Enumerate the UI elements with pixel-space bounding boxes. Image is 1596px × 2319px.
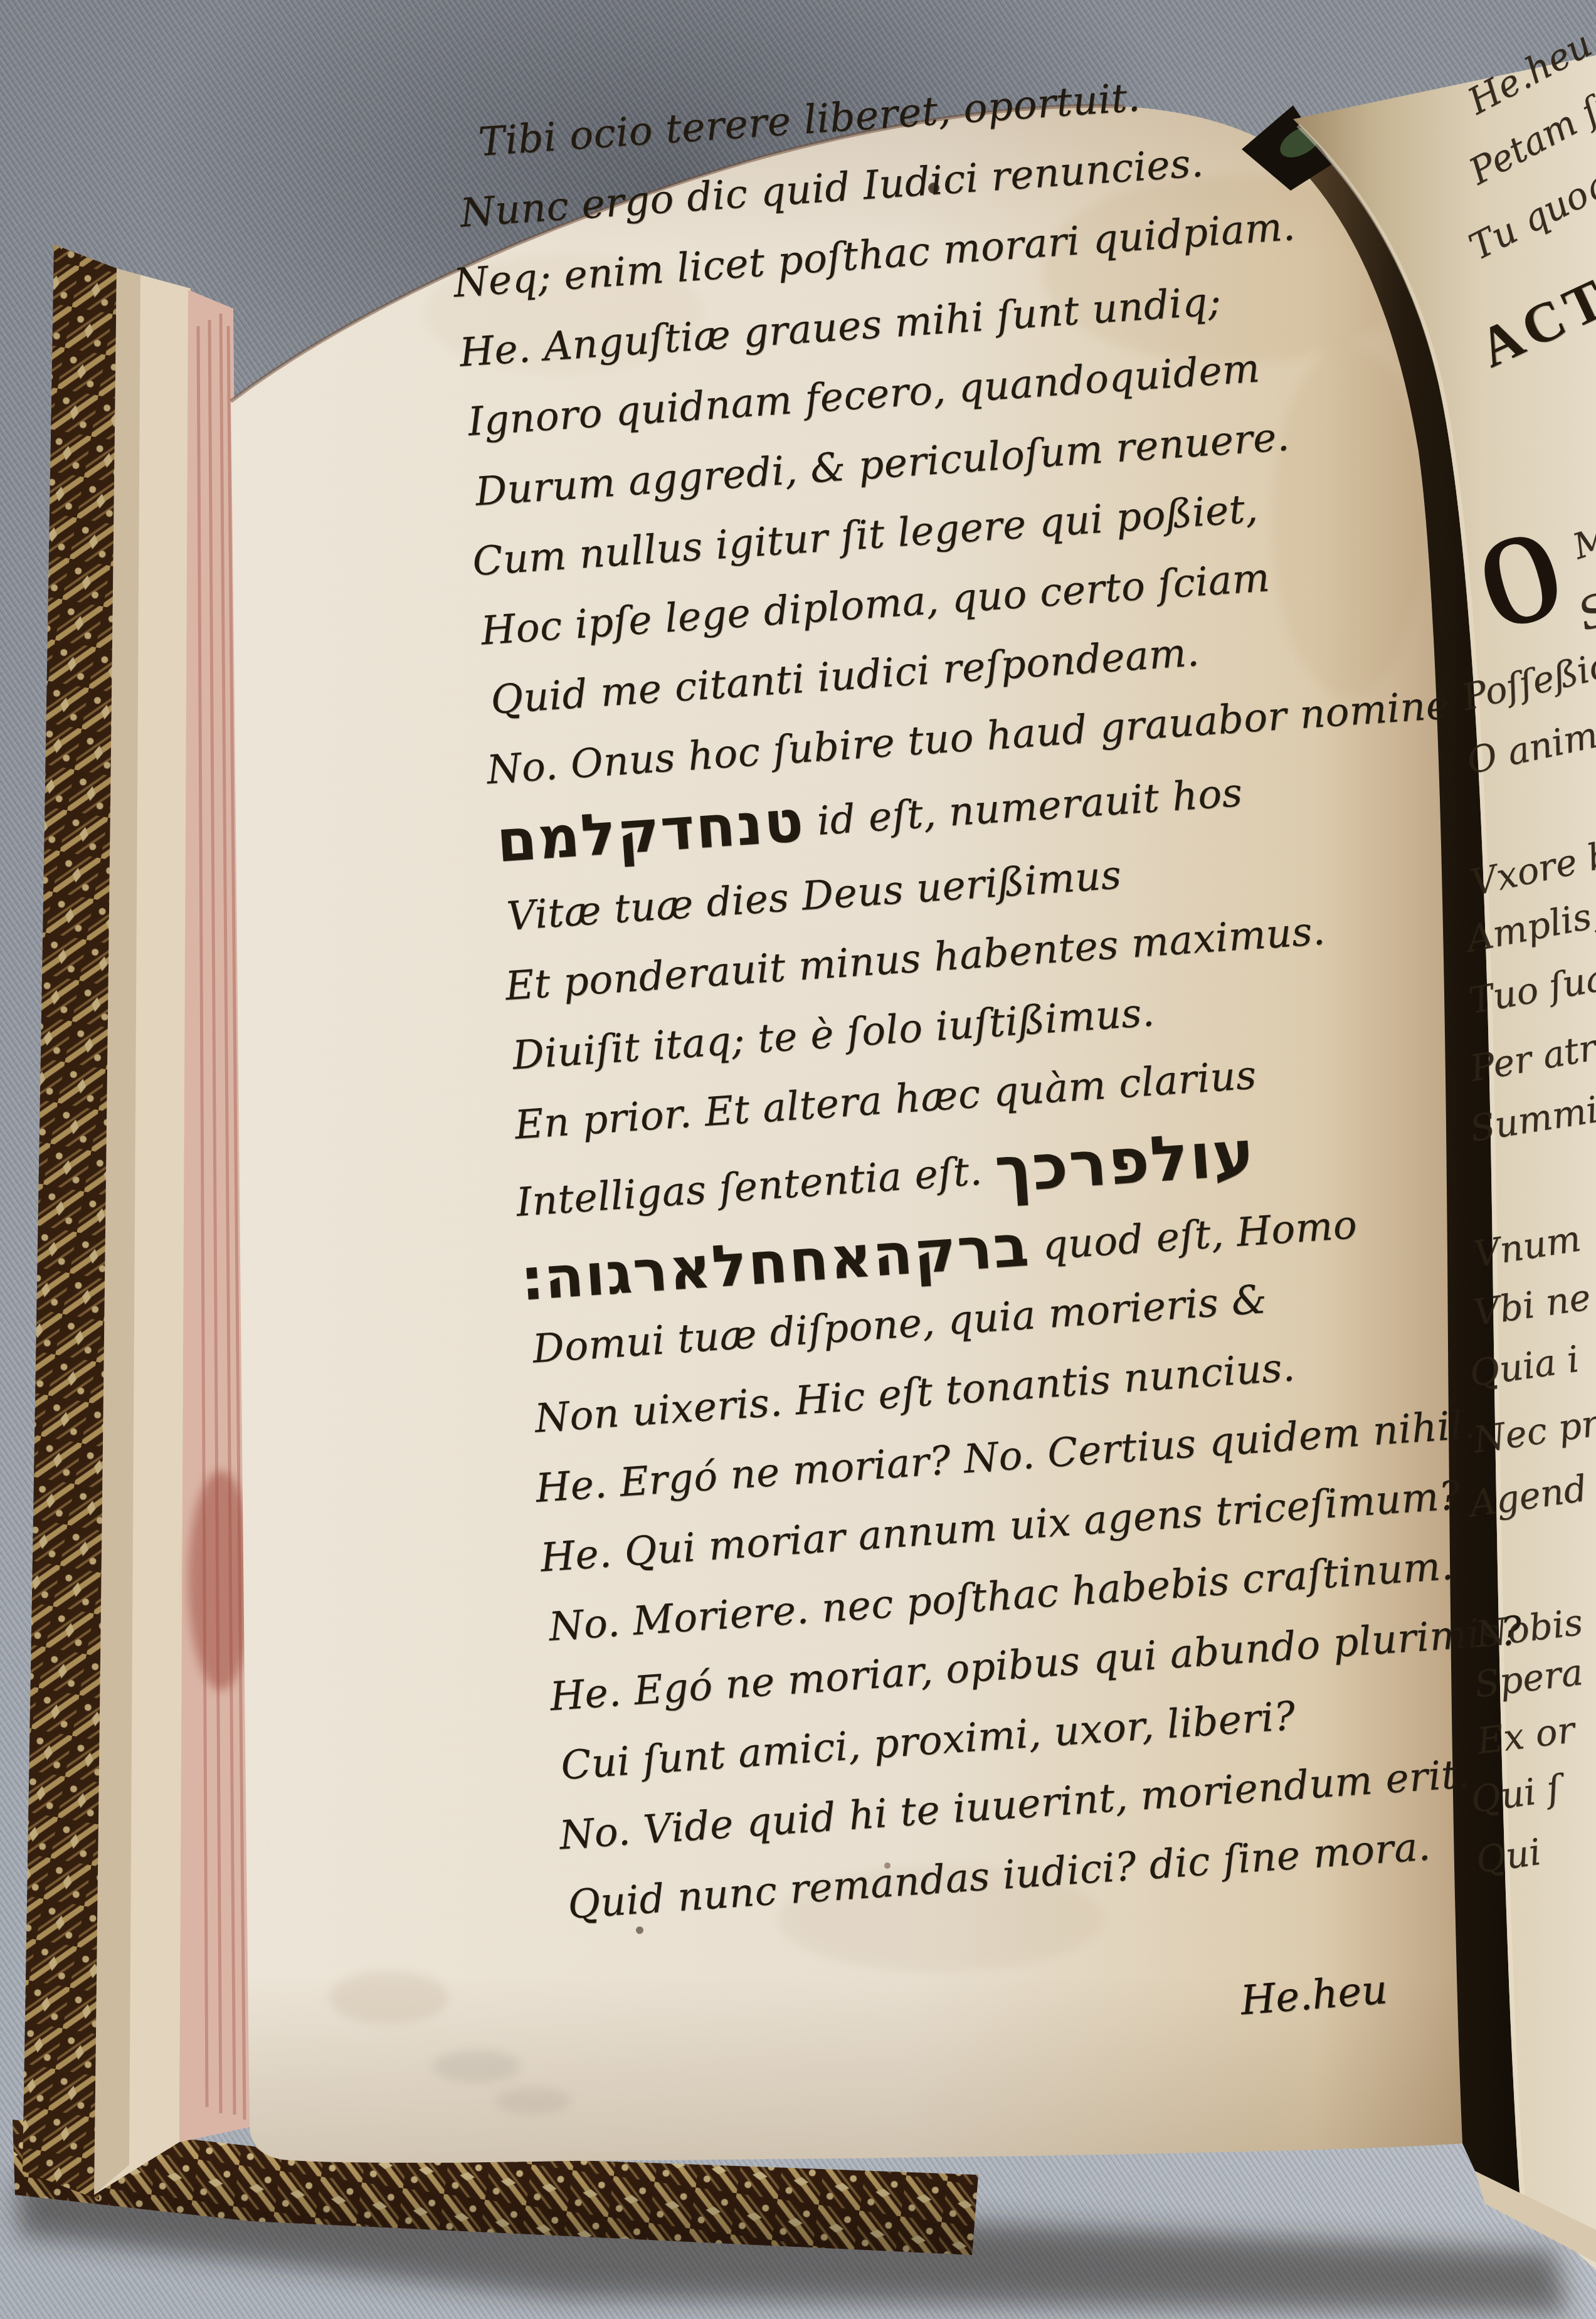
catchword: He.heu [1239,1970,1389,2021]
latin-gloss: quod eſt, Homo [1028,1202,1358,1269]
book-photo: Tibi ocio terere liberet, oportuit. Nunc… [0,0,1596,2319]
verse-line: Diuiſit itaq; te è ſolo iuſtißimus. [511,991,1156,1077]
latin-gloss: Intelligas ſententia eſt. [515,1147,996,1225]
right-page-line: Qui [1474,1834,1543,1879]
left-page-text: Tibi ocio terere liberet, oportuit. Nunc… [443,51,1596,2063]
hebrew-quotation: עולפרכך [993,1116,1258,1207]
right-page-line: Ex or [1475,1711,1577,1760]
latin-gloss: id eſt, numerauit hos [803,769,1244,845]
hebrew-quotation: טנחדקלמם [494,787,806,875]
